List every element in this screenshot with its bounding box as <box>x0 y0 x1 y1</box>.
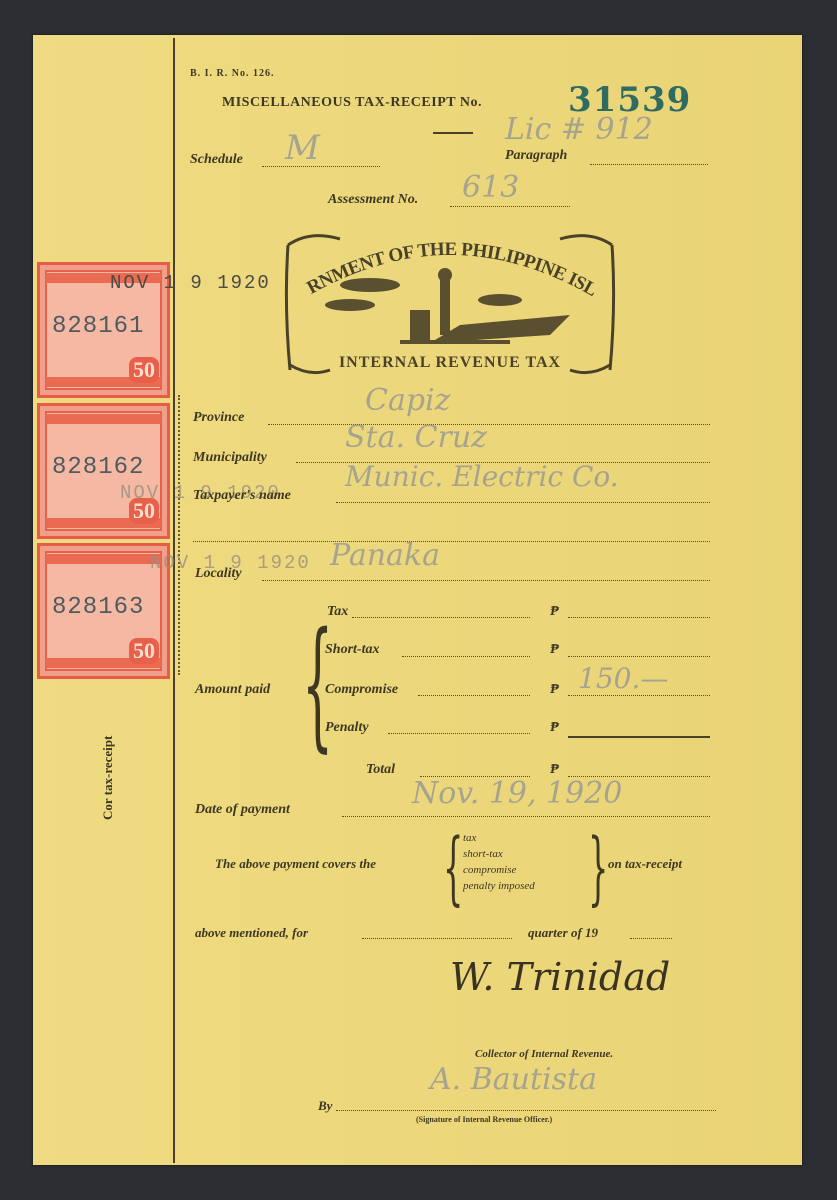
title-rule <box>433 132 473 134</box>
perforation-line <box>178 395 180 675</box>
form-number: B. I. R. No. 126. <box>190 68 275 79</box>
penalty-label: Penalty <box>325 720 369 736</box>
assessment-value: 613 <box>462 170 519 205</box>
compromise-amount-line <box>568 695 710 696</box>
peso-sign: ₱ <box>550 604 559 620</box>
stamp-serial: 828161 <box>52 313 144 340</box>
province-line <box>268 424 710 425</box>
locality-line <box>262 580 710 581</box>
stub-vertical-label: Cor tax-receipt <box>100 736 116 820</box>
municipality-value: Sta. Cruz <box>345 420 487 455</box>
penalty-line <box>388 733 530 734</box>
taxpayer-name-line <box>336 502 710 503</box>
stamp-value: 50 <box>129 638 159 664</box>
stamp-serial: 828162 <box>52 454 144 481</box>
year-line <box>630 938 672 939</box>
peso-sign: ₱ <box>550 720 559 736</box>
province-label: Province <box>193 410 244 426</box>
collector-signature: W. Trinidad <box>450 955 670 999</box>
amount-paid-label: Amount paid <box>195 682 270 698</box>
compromise-value: 150.— <box>578 662 668 695</box>
schedule-value: M <box>285 128 320 168</box>
covers-option-short-tax: short-tax <box>463 846 535 862</box>
officer-signature-line <box>336 1110 716 1111</box>
compromise-line <box>418 695 530 696</box>
covers-brace-right: } <box>588 818 608 918</box>
paragraph-label: Paragraph <box>505 148 567 164</box>
locality-label: Locality <box>195 566 242 582</box>
taxpayer-name-line-2 <box>193 541 710 542</box>
penalty-amount-line <box>568 736 710 738</box>
taxpayer-name-value: Munic. Electric Co. <box>345 460 619 493</box>
emblem-icon: GOVERNMENT OF THE PHILIPPINE ISLANDS INT… <box>280 225 620 380</box>
province-value: Capiz <box>365 383 450 418</box>
covers-suffix: on tax-receipt <box>608 856 682 872</box>
quarter-of-label: quarter of 19 <box>528 925 598 941</box>
peso-sign: ₱ <box>550 682 559 698</box>
tax-label: Tax <box>327 604 348 620</box>
quarter-line <box>362 938 512 939</box>
short-tax-label: Short-tax <box>325 642 379 658</box>
by-label: By <box>318 1098 332 1114</box>
covers-option-penalty: penalty imposed <box>463 878 535 894</box>
covers-prefix: The above payment covers the <box>215 856 376 872</box>
covers-option-compromise: compromise <box>463 862 535 878</box>
date-of-payment-label: Date of payment <box>195 802 290 818</box>
date-of-payment-value: Nov. 19, 1920 <box>412 776 622 811</box>
taxpayer-name-label: Taxpayer's name <box>193 488 291 504</box>
stamp-value: 50 <box>129 357 159 383</box>
stamp-serial: 828163 <box>52 594 144 621</box>
covers-brace-left: { <box>443 818 463 918</box>
collector-title: Collector of Internal Revenue. <box>475 1048 613 1060</box>
above-mentioned-label: above mentioned, for <box>195 925 308 941</box>
government-emblem: GOVERNMENT OF THE PHILIPPINE ISLANDS INT… <box>280 225 620 380</box>
receipt-title: MISCELLANEOUS TAX-RECEIPT No. <box>222 95 482 111</box>
tax-amount-line <box>568 617 710 618</box>
officer-caption: (Signature of Internal Revenue Officer.) <box>416 1115 552 1124</box>
officer-signature: A. Bautista <box>430 1062 597 1097</box>
compromise-label: Compromise <box>325 682 398 698</box>
date-cancellation-stamp: NOV 1 9 1920 <box>110 272 271 294</box>
short-tax-amount-line <box>568 656 710 657</box>
date-of-payment-line <box>342 816 710 817</box>
locality-value: Panaka <box>330 538 440 573</box>
municipality-label: Municipality <box>193 450 267 466</box>
schedule-label: Schedule <box>190 152 243 168</box>
assessment-label: Assessment No. <box>328 192 418 208</box>
schedule-line <box>262 166 380 167</box>
covers-option-tax: tax <box>463 830 535 846</box>
total-label: Total <box>366 762 395 778</box>
paragraph-value: Lic # 912 <box>505 112 653 147</box>
revenue-stamp-2: 828162 50 <box>37 403 170 539</box>
tax-line <box>352 617 530 618</box>
covers-options: tax short-tax compromise penalty imposed <box>463 830 535 894</box>
stub-divider-line <box>173 38 175 1163</box>
short-tax-line <box>402 656 530 657</box>
emblem-bottom-text: INTERNAL REVENUE TAX <box>339 354 561 371</box>
paragraph-line <box>590 164 708 165</box>
peso-sign: ₱ <box>550 642 559 658</box>
assessment-line <box>450 206 570 207</box>
